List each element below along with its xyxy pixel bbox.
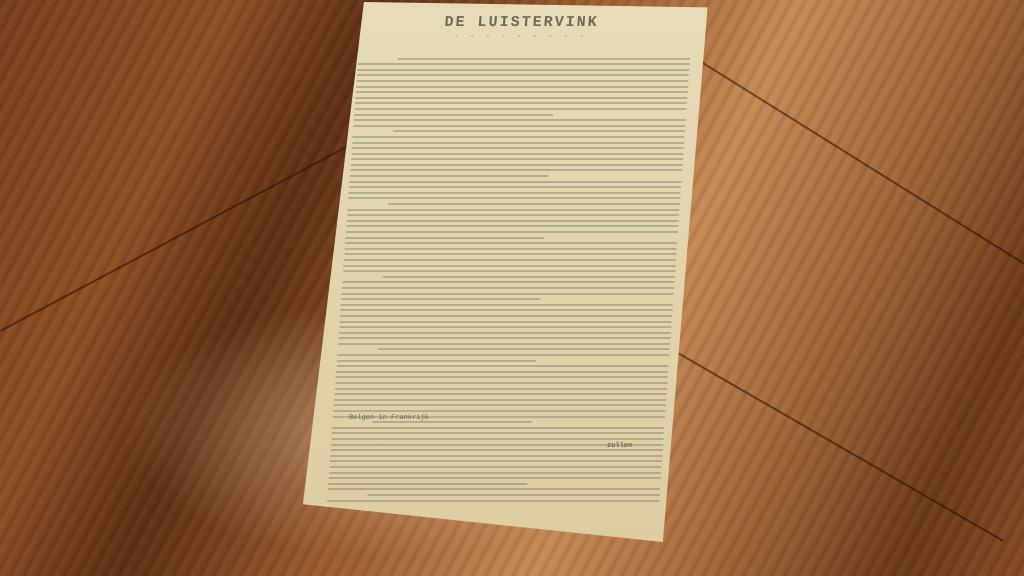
text-line [332,432,664,434]
document-title: DE LUISTERVINK [336,14,707,31]
text-line [356,91,688,93]
text-line [354,108,686,110]
text-line [329,466,661,468]
text-line [356,86,688,88]
text-line [340,315,672,317]
text-line [393,130,685,132]
text-line [340,321,672,323]
text-line [388,203,680,205]
text-line [383,276,675,278]
text-line [337,354,669,356]
text-line [347,214,679,216]
text-line [341,304,673,306]
text-line [329,477,661,479]
text-line [351,158,683,160]
text-line [346,231,678,233]
text-line [398,58,690,60]
text-line [350,175,549,177]
text-line [339,326,671,328]
text-line [349,186,681,188]
text-line [330,455,662,457]
text-line [344,259,676,261]
text-line [336,365,668,367]
text-line [349,181,681,183]
text-line [353,125,685,127]
text-line [327,500,659,502]
text-line [328,488,660,490]
text-line [330,460,662,462]
text-line [347,209,679,211]
text-line [331,438,663,440]
text-line [357,74,689,76]
text-line [354,114,553,116]
text-line [351,153,683,155]
text-line [332,427,664,429]
text-line [334,404,666,406]
text-line [337,360,536,362]
text-line [344,265,676,267]
text-line [338,337,670,339]
text-line [356,80,688,82]
text-fragment: zullen [607,442,633,450]
text-line [345,242,677,244]
text-line [377,348,669,350]
text-line [358,63,690,65]
text-line [339,332,671,334]
document-subtitle: - - - - - - - - - [335,32,706,41]
text-line [340,309,672,311]
text-fragment: Belgen in Frankrijk [349,414,429,422]
text-line [341,298,540,300]
text-line [334,399,666,401]
text-line [344,253,676,255]
text-line [345,248,677,250]
text-line [342,293,674,295]
text-line [352,147,684,149]
text-line [348,197,680,199]
text-line [347,220,679,222]
text-line [349,192,681,194]
text-line [336,376,668,378]
text-line [335,393,667,395]
text-line [354,119,686,121]
text-line [352,136,684,138]
text-line [328,483,527,485]
text-line [329,472,661,474]
text-line [335,388,667,390]
text-line [352,142,684,144]
text-line [343,270,675,272]
typed-body-text [327,54,691,505]
text-line [338,343,670,345]
text-line [342,281,674,283]
text-line [357,69,689,71]
text-line [355,97,687,99]
text-line [351,164,683,166]
text-line [333,410,665,412]
text-line [367,494,659,496]
text-line [342,287,674,289]
newsletter-page: DE LUISTERVINK - - - - - - - - - Belgen … [300,2,708,542]
text-line [355,102,687,104]
text-line [345,237,544,239]
text-line [350,169,682,171]
text-line [346,225,678,227]
text-line [336,371,668,373]
text-line [335,382,667,384]
